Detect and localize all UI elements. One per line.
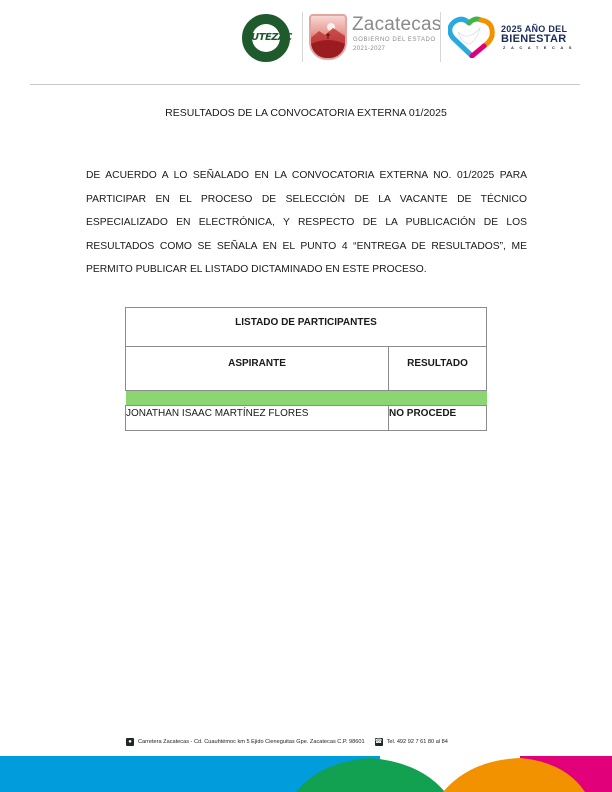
table-title: LISTADO DE PARTICIPANTES	[126, 308, 487, 347]
uteaz-logo: UTEZAC	[242, 14, 290, 62]
zacatecas-years: 2021-2027	[353, 46, 385, 52]
logo-divider	[440, 12, 441, 62]
uteaz-logo-text: UTEZAC	[251, 32, 292, 43]
document-title: RESULTADOS DE LA CONVOCATORIA EXTERNA 01…	[0, 107, 612, 119]
location-pin-icon: ●	[126, 738, 134, 746]
zacatecas-title: Zacatecas	[352, 14, 441, 36]
green-separator	[126, 391, 487, 406]
table-row: JONATHAN ISAAC MARTÍNEZ FLORES NO PROCED…	[126, 406, 487, 431]
footer-address: Carretera Zacatecas - Cd. Cuauhtémoc km …	[138, 739, 365, 745]
bienestar-line3: ZACATECAS	[503, 45, 577, 50]
column-header-aspirante: ASPIRANTE	[126, 347, 389, 391]
participants-table: LISTADO DE PARTICIPANTES ASPIRANTE RESUL…	[125, 307, 487, 431]
column-header-resultado: RESULTADO	[389, 347, 487, 391]
footer-color-band	[0, 756, 612, 792]
footer-phone: Tel. 492 92 7 61 80 al 84	[387, 739, 448, 745]
header-divider	[30, 84, 580, 85]
table-header-row: ASPIRANTE RESULTADO	[126, 347, 487, 391]
table-title-row: LISTADO DE PARTICIPANTES	[126, 308, 487, 347]
zacatecas-subtitle: GOBIERNO DEL ESTADO	[353, 37, 436, 43]
body-paragraph: DE ACUERDO A LO SEÑALADO EN LA CONVOCATO…	[86, 164, 527, 282]
highlight-row	[126, 391, 487, 406]
aspirante-cell: JONATHAN ISAAC MARTÍNEZ FLORES	[126, 406, 389, 431]
heart-dove-icon	[448, 16, 496, 58]
phone-icon: ☎	[375, 738, 383, 746]
footer-contact: ● Carretera Zacatecas - Cd. Cuauhtémoc k…	[126, 738, 448, 746]
bienestar-line2: BIENESTAR	[501, 33, 566, 45]
logo-divider	[302, 12, 303, 62]
zacatecas-shield-icon	[309, 14, 347, 60]
resultado-cell: NO PROCEDE	[389, 406, 487, 431]
